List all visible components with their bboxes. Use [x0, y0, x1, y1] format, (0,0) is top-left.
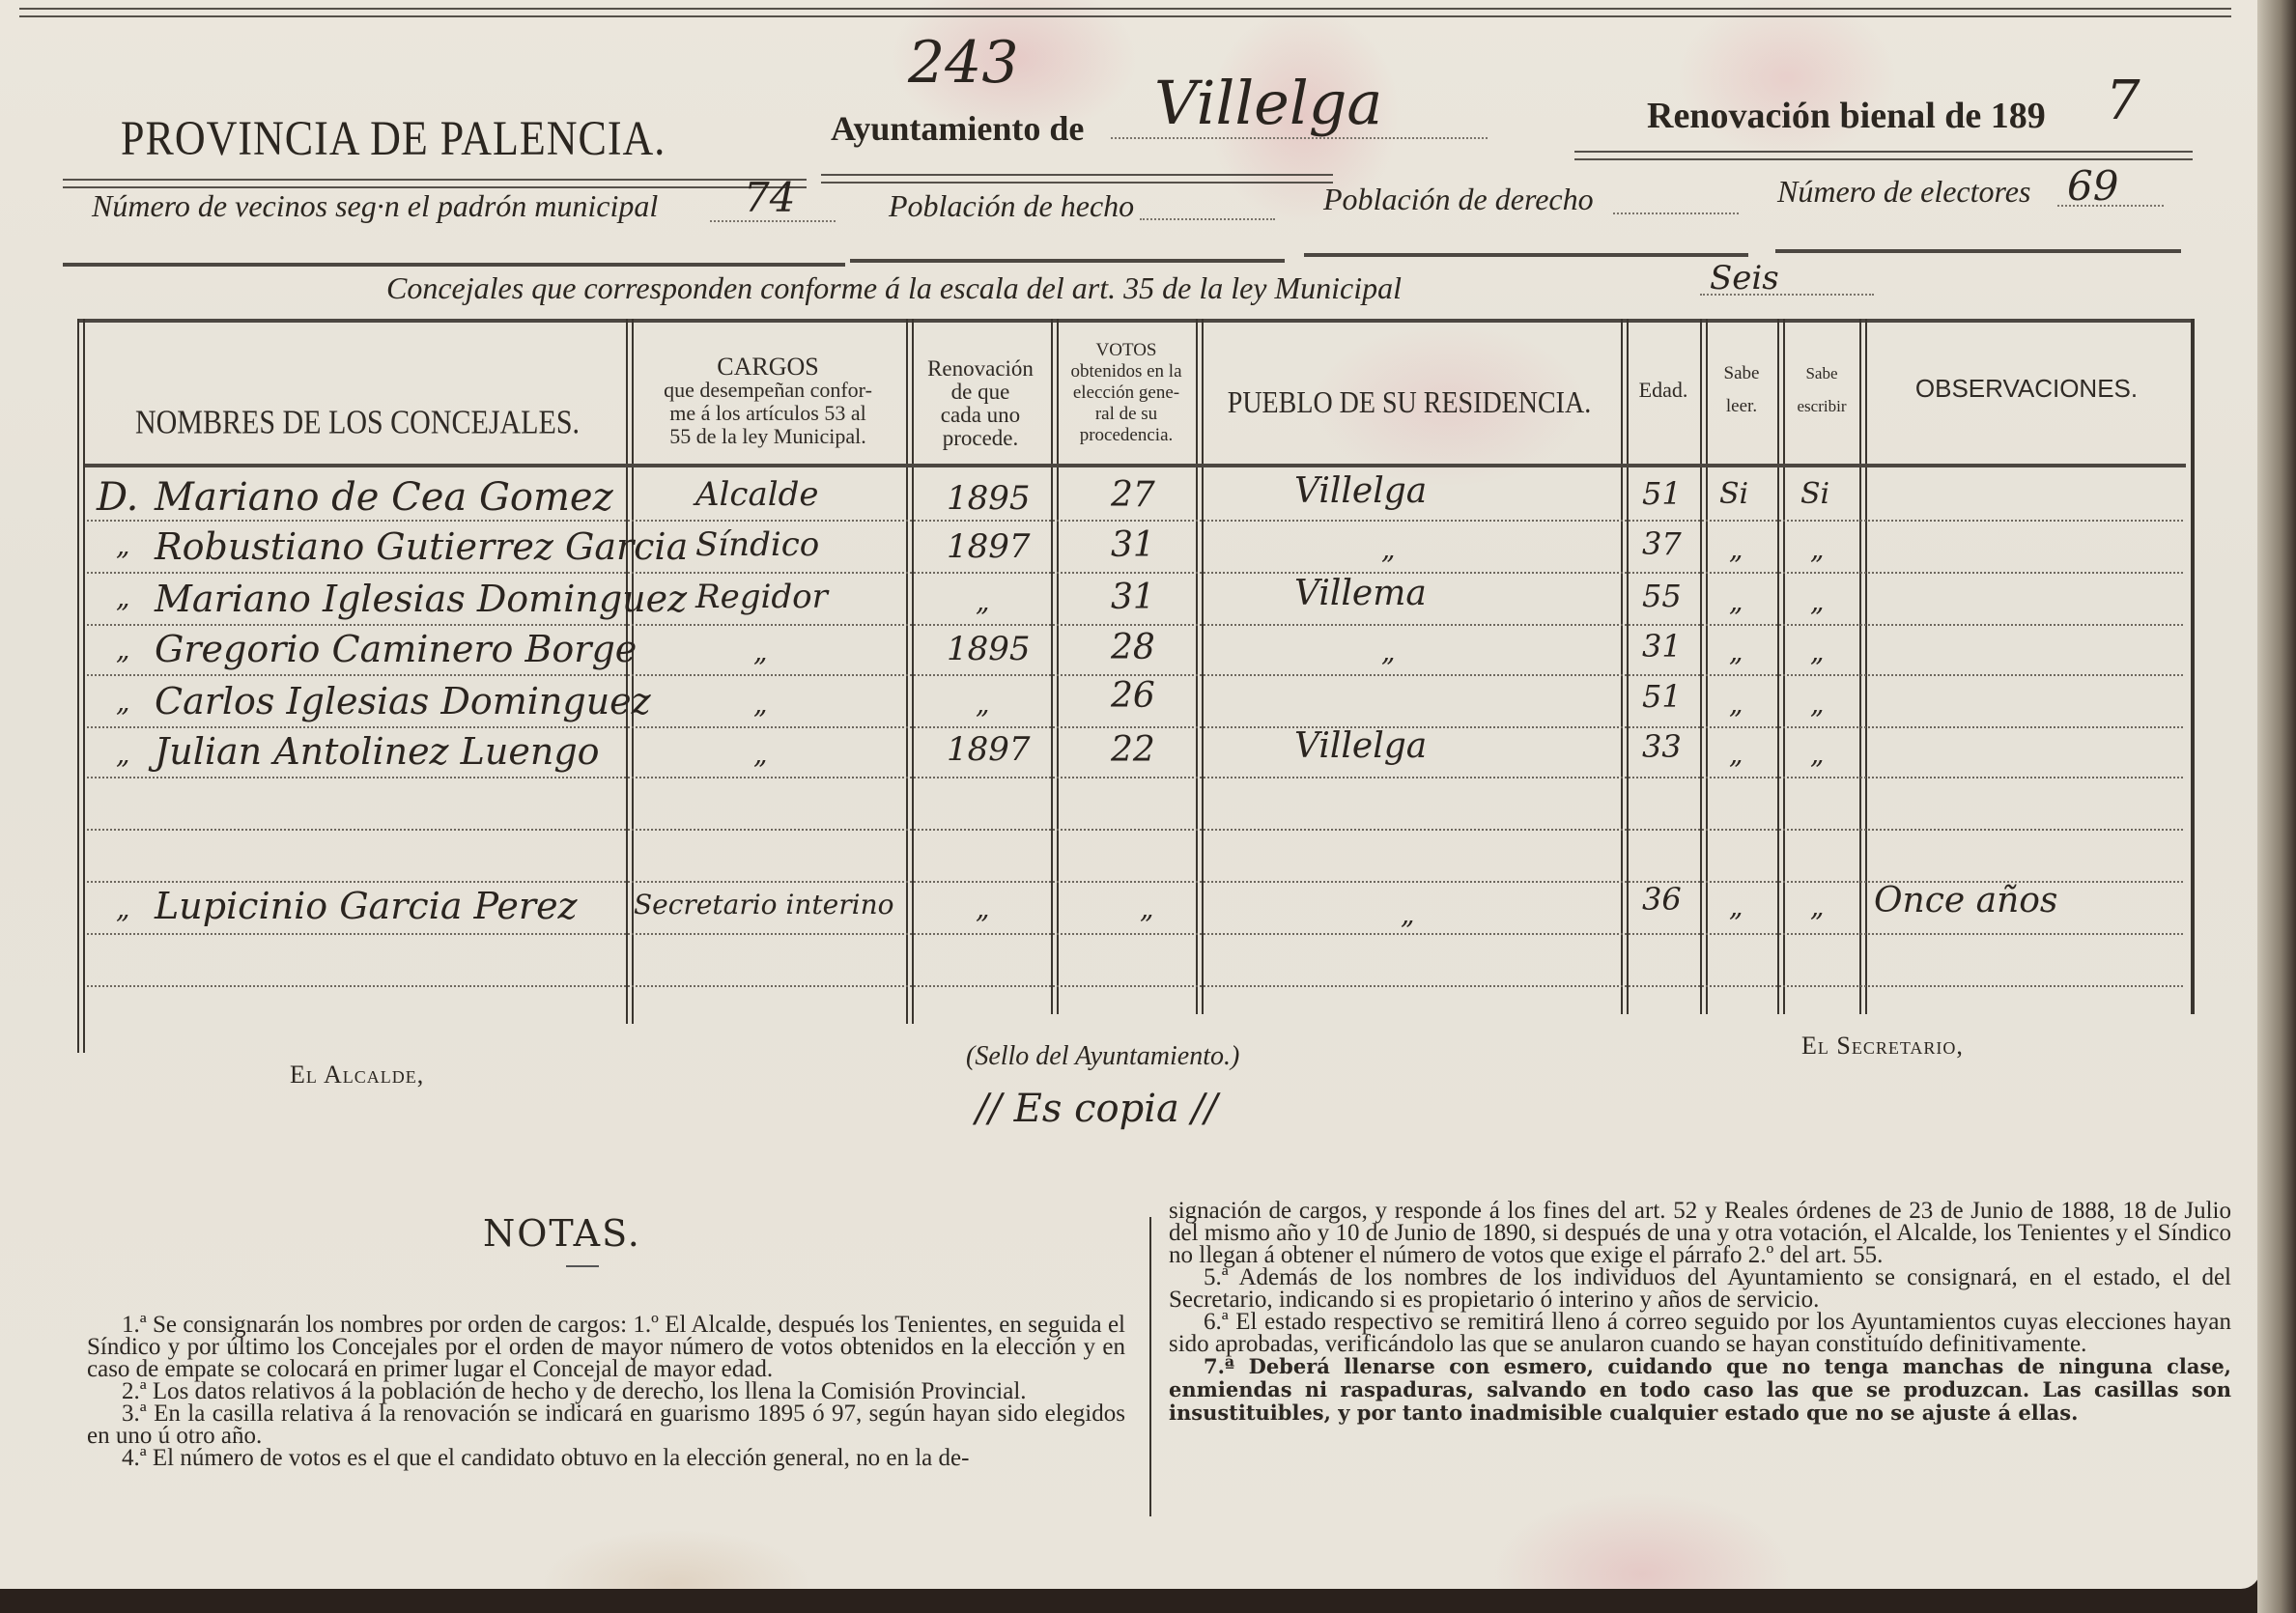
top-border — [19, 8, 2231, 17]
cell-pueblo: „ — [1381, 533, 1396, 565]
row-guide — [87, 777, 2183, 778]
cell-edad: 37 — [1642, 525, 1682, 562]
header-escribir-line: Sabe — [1783, 357, 1860, 390]
header-votos-line: elección gene- — [1057, 382, 1196, 404]
cell-votos: 26 — [1111, 676, 1155, 716]
header-rule — [63, 179, 807, 188]
row-prefix: D. — [97, 475, 138, 520]
province-title: PROVINCIA DE PALENCIA. — [121, 110, 666, 167]
cell-leer: „ — [1729, 688, 1743, 720]
row-prefix: „ — [116, 581, 130, 613]
electores-label: Número de electores — [1777, 174, 2030, 210]
cell-pueblo: „ — [1381, 636, 1396, 667]
header-votos-line: VOTOS — [1057, 340, 1196, 361]
cell-leer: „ — [1729, 738, 1743, 770]
cell-cargo: Alcalde — [695, 475, 819, 514]
cell-escribir: „ — [1810, 738, 1825, 770]
header-rule — [1775, 249, 2181, 253]
note-5: 5.ª Además de los nombres de los individ… — [1169, 1266, 2231, 1311]
cell-name: Carlos Iglesias Dominguez — [155, 680, 651, 722]
note-4-continued: signación de cargos, y responde á los fi… — [1169, 1200, 2231, 1266]
cell-name: Gregorio Caminero Borge — [155, 628, 637, 670]
cell-votos: 22 — [1111, 730, 1155, 770]
secretario-signature-label: El Secretario, — [1801, 1032, 1964, 1061]
cell-pueblo: Villelga — [1294, 726, 1427, 766]
header-rule — [821, 174, 1333, 184]
book-edge — [2257, 0, 2296, 1613]
cell-leer: „ — [1729, 636, 1743, 667]
poblacion-derecho-dotline — [1613, 212, 1739, 214]
cell-name: Lupicinio Garcia Perez — [155, 885, 578, 927]
cell-leer: „ — [1729, 891, 1743, 922]
note-4: 4.ª El número de votos es el que el cand… — [87, 1447, 1125, 1469]
cell-name: Mariano de Cea Gomez — [155, 475, 613, 520]
header-cargos-line: CARGOS — [632, 355, 904, 379]
cell-renovacion: „ — [976, 688, 990, 720]
cell-name: Julian Antolinez Luengo — [155, 730, 600, 773]
cell-renovacion: „ — [976, 892, 990, 924]
header-escribir: Sabe escribir — [1783, 357, 1860, 423]
row-prefix: „ — [116, 738, 130, 770]
row-guide — [87, 829, 2183, 831]
cell-renovacion: 1897 — [947, 527, 1031, 566]
poblacion-derecho-label: Población de derecho — [1323, 182, 1594, 217]
cell-cargo: „ — [753, 738, 768, 770]
row-prefix: „ — [116, 892, 130, 924]
header-votos-line: procedencia. — [1057, 425, 1196, 446]
document-page: 243 PROVINCIA DE PALENCIA. Ayuntamiento … — [0, 0, 2260, 1589]
header-renov-line: Renovación — [912, 357, 1049, 381]
note-3: 3.ª En la casilla relativa á la renovaci… — [87, 1402, 1125, 1447]
cell-cargo: „ — [753, 636, 768, 667]
row-prefix: „ — [116, 686, 130, 718]
cell-escribir: Si — [1800, 477, 1829, 511]
cell-votos: 28 — [1111, 628, 1155, 667]
notes-right-column: signación de cargos, y responde á los fi… — [1169, 1200, 2231, 1425]
cell-name: Robustiano Gutierrez Garcia — [155, 525, 688, 568]
header-nombres: NOMBRES DE LOS CONCEJALES. — [97, 410, 618, 437]
cell-renovacion: 1895 — [947, 479, 1031, 518]
row-guide — [87, 572, 2183, 574]
concejales-label: Concejales que corresponden conforme á l… — [386, 270, 1402, 306]
cell-votos: 31 — [1111, 578, 1155, 617]
header-cargos: CARGOS que desempeñan confor- me á los a… — [632, 355, 904, 448]
poblacion-hecho-label: Población de hecho — [889, 188, 1134, 224]
cell-escribir: „ — [1810, 636, 1825, 667]
vecinos-label: Número de vecinos seg·n el padrón munici… — [92, 188, 658, 224]
header-rule — [850, 259, 1285, 263]
cell-renovacion: 1897 — [947, 730, 1031, 769]
cell-edad: 31 — [1642, 628, 1682, 665]
col-divider — [1777, 319, 1785, 1014]
renovacion-label: Renovación bienal de 189 — [1647, 95, 2046, 137]
renovacion-value: 7 — [2106, 70, 2140, 132]
header-edad: Edad. — [1627, 379, 1700, 402]
vecinos-value: 74 — [744, 174, 795, 221]
header-cargos-line: 55 de la ley Municipal. — [632, 425, 904, 448]
cell-escribir: „ — [1810, 533, 1825, 565]
col-divider — [1621, 319, 1629, 1014]
row-guide — [87, 985, 2183, 987]
header-escribir-line: escribir — [1783, 390, 1860, 423]
folio-number: 243 — [908, 29, 1019, 97]
header-rule — [63, 263, 845, 267]
note-7: 7.ª Deberá llenarse con esmero, cuidando… — [1169, 1355, 2231, 1425]
cell-votos: 27 — [1111, 475, 1155, 515]
concejales-dotline — [1700, 294, 1874, 296]
header-rule — [1574, 151, 2193, 160]
cell-observaciones: Once años — [1874, 881, 2057, 920]
note-1: 1.ª Se consignarán los nombres por orden… — [87, 1314, 1125, 1380]
cell-renovacion: „ — [976, 585, 990, 617]
cell-edad: 51 — [1642, 475, 1682, 512]
table-left-border — [77, 319, 85, 1053]
notes-title: NOTAS. — [483, 1212, 641, 1255]
cell-cargo: „ — [753, 688, 768, 720]
cell-pueblo: Villema — [1294, 574, 1427, 613]
header-pueblo: PUEBLO DE SU RESIDENCIA. — [1202, 390, 1617, 417]
row-prefix: „ — [116, 634, 130, 665]
header-votos-line: ral de su — [1057, 404, 1196, 425]
cell-name: Mariano Iglesias Dominguez — [155, 578, 687, 620]
header-observaciones: OBSERVACIONES. — [1864, 377, 2189, 400]
notes-title-rule — [566, 1265, 599, 1267]
header-renovacion: Renovación de que cada uno procede. — [912, 357, 1049, 450]
ayuntamiento-value: Villelga — [1154, 68, 1382, 138]
note-2: 2.ª Los datos relativos á la población d… — [87, 1380, 1125, 1402]
row-prefix: „ — [116, 529, 130, 561]
header-bottom-rule — [85, 464, 2186, 467]
cell-leer: Si — [1719, 477, 1748, 511]
note-6: 6.ª El estado respectivo se remitirá lle… — [1169, 1311, 2231, 1355]
header-leer: Sabe leer. — [1706, 357, 1777, 423]
cell-escribir: „ — [1810, 585, 1825, 617]
row-guide — [87, 933, 2183, 935]
concejales-value: Seis — [1710, 259, 1779, 297]
cell-cargo: Secretario interino — [634, 889, 893, 920]
cell-escribir: „ — [1810, 891, 1825, 922]
notes-column-divider — [1149, 1217, 1151, 1516]
cell-pueblo: „ — [1401, 898, 1415, 930]
col-divider — [1700, 319, 1708, 1014]
table-top-rule — [77, 319, 2193, 323]
sello-label: (Sello del Ayuntamiento.) — [966, 1041, 1239, 1072]
col-divider — [1196, 319, 1204, 1014]
header-cargos-line: me á los artículos 53 al — [632, 402, 904, 425]
cell-edad: 36 — [1642, 881, 1682, 918]
header-votos-line: obtenidos en la — [1057, 361, 1196, 382]
cell-escribir: „ — [1810, 688, 1825, 720]
header-renov-line: de que — [912, 381, 1049, 404]
es-copia-annotation: // Es copia // — [976, 1087, 1218, 1131]
alcalde-signature-label: El Alcalde, — [290, 1061, 424, 1089]
cell-votos: „ — [1140, 892, 1154, 924]
cell-cargo: Regidor — [695, 578, 828, 616]
ayuntamiento-label: Ayuntamiento de — [831, 108, 1084, 149]
header-votos: VOTOS obtenidos en la elección gene- ral… — [1057, 340, 1196, 446]
row-guide — [87, 726, 2183, 728]
table-right-border — [2191, 319, 2195, 1014]
header-rule — [1304, 253, 1748, 257]
header-leer-line: Sabe — [1706, 357, 1777, 390]
cell-edad: 51 — [1642, 678, 1682, 715]
header-renov-line: procede. — [912, 427, 1049, 450]
header-renov-line: cada uno — [912, 404, 1049, 427]
cell-renovacion: 1895 — [947, 630, 1031, 668]
cell-pueblo: Villelga — [1294, 471, 1427, 511]
cell-leer: „ — [1729, 533, 1743, 565]
electores-value: 69 — [2067, 162, 2118, 210]
concejales-table: NOMBRES DE LOS CONCEJALES. CARGOS que de… — [77, 319, 2193, 1053]
row-guide — [87, 881, 2183, 883]
notes-left-column: 1.ª Se consignarán los nombres por orden… — [87, 1314, 1125, 1469]
header-cargos-line: que desempeñan confor- — [632, 379, 904, 402]
cell-edad: 33 — [1642, 728, 1682, 765]
poblacion-hecho-dotline — [1140, 218, 1275, 220]
cell-cargo: Síndico — [695, 525, 819, 564]
row-guide — [87, 520, 2183, 522]
col-divider — [1859, 319, 1867, 1014]
cell-leer: „ — [1729, 585, 1743, 617]
cell-votos: 31 — [1111, 525, 1155, 565]
header-leer-line: leer. — [1706, 390, 1777, 423]
row-guide — [87, 624, 2183, 626]
cell-edad: 55 — [1642, 578, 1682, 614]
